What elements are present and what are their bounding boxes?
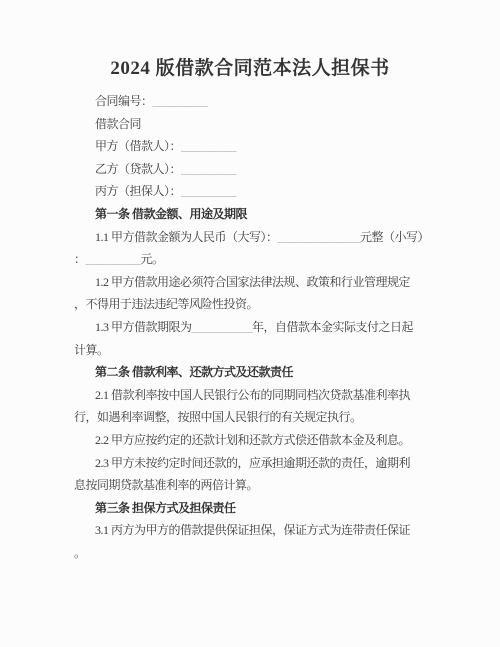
fill-in-blank: __________ [181,139,236,153]
fill-in-blank: ___________ [192,320,253,334]
article-2-heading: 第二条 借款利率、还款方式及还款责任 [74,361,474,384]
fill-in-blank: __________ [181,162,236,176]
fill-in-blank: __________ [86,252,141,266]
fill-in-blank: __________ [181,184,236,198]
clause-2-3-line-2: 息按同期贷款基准利率的两倍计算。 [74,474,474,497]
clause-3-1-line-2: 。 [74,542,474,565]
fill-in-blank: _______________ [278,230,361,244]
clause-3-1-line-1: 3.1 丙方为甲方的借款提供保证担保，保证方式为连带责任保证 [74,519,474,542]
clause-1-1-line-2: ：__________元。 [74,248,474,271]
fill-in-blank: __________ [153,94,208,108]
clause-2-2-line: 2.2 甲方应按约定的还款计划和还款方式偿还借款本金及利息。 [74,429,474,452]
contract-number-line: 合同编号：__________ [74,90,474,113]
document-body: 合同编号：__________ 借款合同 甲方（借款人）：__________ … [74,90,474,564]
document-title: 2024 版借款合同范本法人担保书 [0,54,500,84]
clause-2-1-line-1: 2.1 借款利率按中国人民银行公布的同期同档次贷款基准利率执 [74,384,474,407]
clause-1-2-line-2: ，不得用于违法违纪等风险性投资。 [74,293,474,316]
party-a-borrower-line: 甲方（借款人）：__________ [74,135,474,158]
clause-1-3-line-1: 1.3 甲方借款期限为___________年，自借款本金实际支付之日起 [74,316,474,339]
clause-1-3-line-2: 计算。 [74,339,474,362]
document-page: 2024 版借款合同范本法人担保书 合同编号：__________ 借款合同 甲… [0,0,500,647]
contract-type-line: 借款合同 [74,113,474,136]
party-b-lender-line: 乙方（贷款人）：__________ [74,158,474,181]
clause-1-2-line-1: 1.2 甲方借款用途必须符合国家法律法规、政策和行业管理规定 [74,271,474,294]
clause-2-3-line-1: 2.3 甲方未按约定时间还款的，应承担逾期还款的责任，逾期利 [74,452,474,475]
clause-1-1-line-1: 1.1 甲方借款金额为人民币（大写）：_______________元整（小写） [74,226,474,249]
party-c-guarantor-line: 丙方（担保人）：__________ [74,180,474,203]
article-3-heading: 第三条 担保方式及担保责任 [74,497,474,520]
clause-2-1-line-2: 行，如遇利率调整，按照中国人民银行的有关规定执行。 [74,406,474,429]
article-1-heading: 第一条 借款金额、用途及期限 [74,203,474,226]
